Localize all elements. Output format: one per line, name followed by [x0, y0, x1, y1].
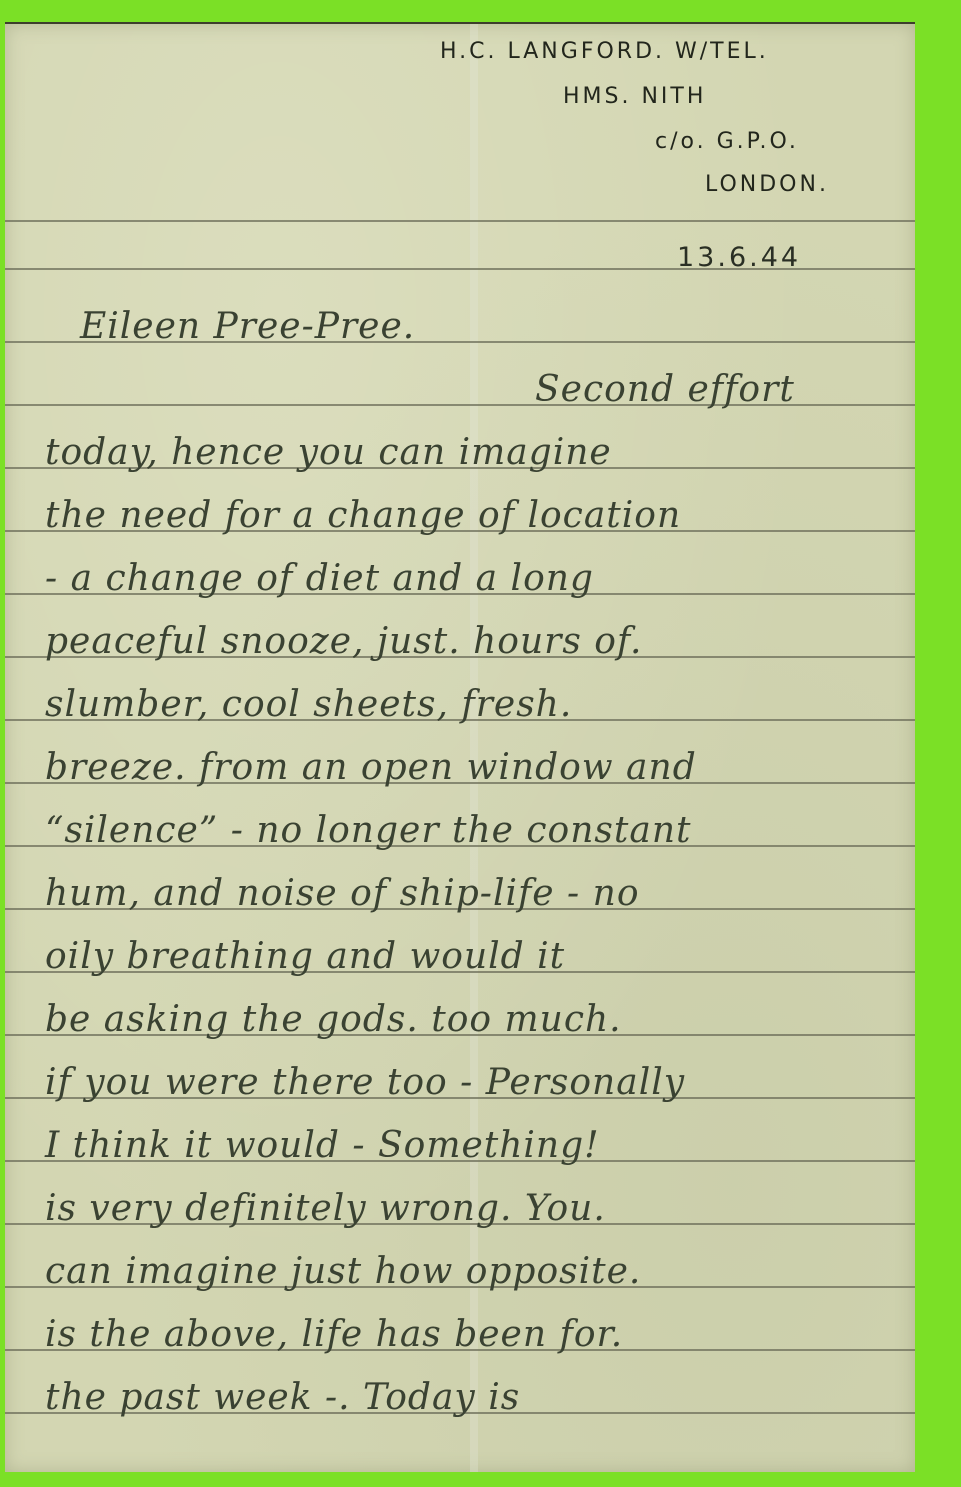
- sender-name: H.C. LANGFORD. W/TEL.: [440, 39, 769, 64]
- body-line: breeze. from an open window and: [45, 747, 697, 788]
- scan-background: [915, 0, 961, 1487]
- body-line: peaceful snooze, just. hours of.: [45, 621, 642, 662]
- body-line: the need for a change of location: [45, 495, 681, 536]
- ruled-line: [5, 220, 915, 222]
- ship-name: HMS. NITH: [563, 84, 706, 109]
- body-line: Second effort: [535, 369, 795, 410]
- body-line: can imagine just how opposite.: [45, 1251, 641, 1292]
- body-line: is the above, life has been for.: [45, 1314, 623, 1355]
- address-city: LONDON.: [705, 172, 829, 197]
- body-line: the past week -. Today is: [45, 1377, 520, 1418]
- letter-page: H.C. LANGFORD. W/TEL. HMS. NITH c/o. G.P…: [5, 22, 915, 1472]
- body-line: hum, and noise of ship-life - no: [45, 873, 640, 914]
- body-line: if you were there too - Personally: [45, 1062, 685, 1103]
- body-line: today, hence you can imagine: [45, 432, 612, 473]
- address-care-of: c/o. G.P.O.: [655, 129, 799, 154]
- body-line: is very definitely wrong. You.: [45, 1188, 606, 1229]
- letter-date: 13.6.44: [677, 242, 801, 273]
- body-line: slumber, cool sheets, fresh.: [45, 684, 572, 725]
- body-line: be asking the gods. too much.: [45, 999, 622, 1040]
- body-line: “silence” - no longer the constant: [45, 810, 691, 851]
- salutation: Eileen Pree-Pree.: [80, 306, 415, 347]
- body-line: - a change of diet and a long: [45, 558, 594, 599]
- body-line: oily breathing and would it: [45, 936, 565, 977]
- body-line: I think it would - Something!: [45, 1125, 600, 1166]
